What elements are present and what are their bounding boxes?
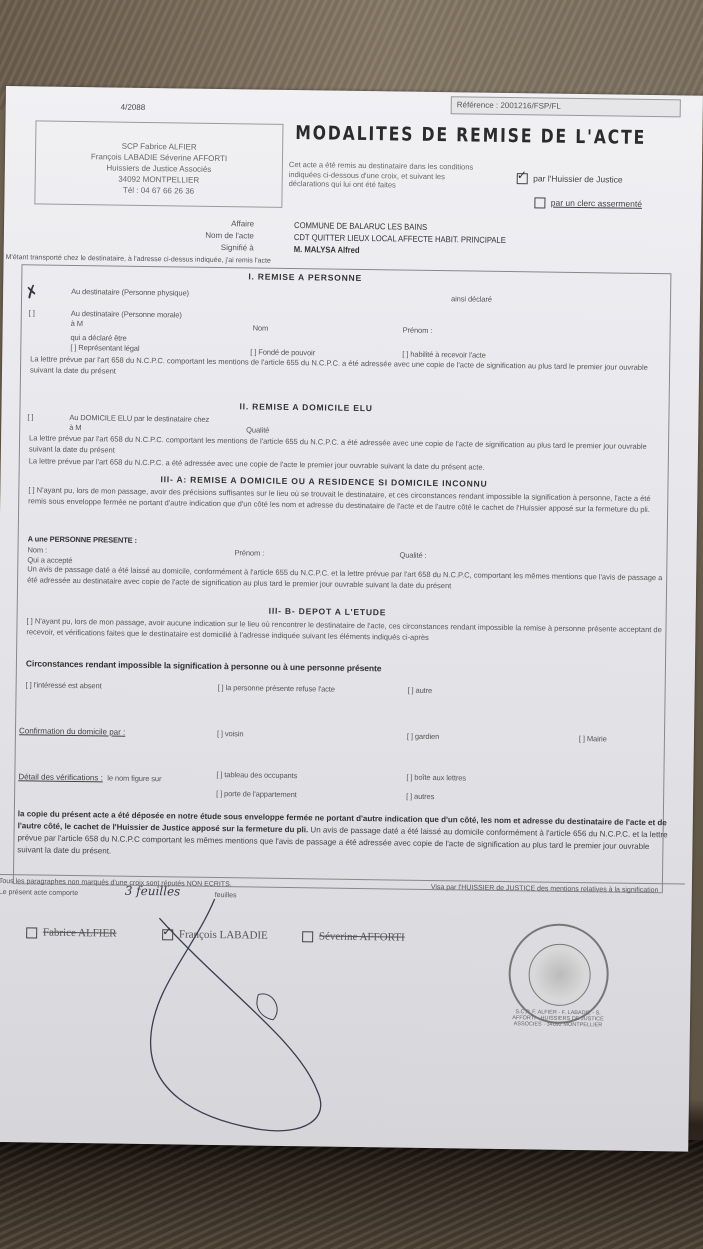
option-personne-morale[interactable]: Au destinataire (Personne morale) xyxy=(71,309,182,320)
verif-autres[interactable]: [ ] autres xyxy=(406,792,434,801)
option-label: voisin xyxy=(225,729,244,738)
checkbox-icon[interactable] xyxy=(26,927,37,938)
option-domicile-elu[interactable]: Au DOMICILE ELU par le destinataire chez xyxy=(69,413,209,424)
checkbox-personne-morale[interactable]: [ ] xyxy=(29,308,35,317)
qualite-label: Qualité xyxy=(246,425,269,434)
choice-label: Fondé de pouvoir xyxy=(258,348,315,358)
verification-label: Détail des vérifications : xyxy=(18,772,103,782)
method-label: par l'Huissier de Justice xyxy=(533,173,623,184)
affaire-value: COMMUNE DE BALARUC LES BAINS xyxy=(294,220,427,232)
ainsi-declare: ainsi déclaré xyxy=(451,294,492,304)
checkbox-checked-icon[interactable] xyxy=(517,173,528,184)
stamp-text: S.C.P. F. ALFIER - F. LABADIE - S. AFFOR… xyxy=(510,1009,606,1028)
option-label: Mairie xyxy=(587,734,607,743)
method-huissier[interactable]: par l'Huissier de Justice xyxy=(517,173,623,186)
acte-value: CDT QUITTER LIEUX LOCAL AFFECTE HABIT. P… xyxy=(294,232,506,245)
pages-label: Le présent acte comporte xyxy=(0,889,78,897)
confirm-gardien[interactable]: [ ] gardien xyxy=(407,732,439,741)
choice-fonde[interactable]: [ ] Fondé de pouvoir xyxy=(250,347,315,357)
choice-habilite[interactable]: [ ] habilité à recevoir l'acte xyxy=(402,350,486,360)
nom-label: Nom : xyxy=(27,545,47,554)
circ-autre[interactable]: [ ] autre xyxy=(408,686,433,695)
signifie-value: M. MALYSA Alfred xyxy=(294,244,360,255)
verif-tableau[interactable]: [ ] tableau des occupants xyxy=(216,770,297,780)
bailiff-office-box: SCP Fabrice ALFIER François LABADIE Séve… xyxy=(34,120,283,207)
am-label: à M xyxy=(71,319,83,328)
section-2-title: II. REMISE A DOMICILE ELU xyxy=(239,401,372,413)
method-clerc[interactable]: par un clerc assermenté xyxy=(534,197,642,210)
prenom-label: Prénom : xyxy=(234,548,264,557)
method-label: par un clerc assermenté xyxy=(551,198,642,209)
option-label: porte de l'appartement xyxy=(224,789,297,799)
choice-label: Représentant légal xyxy=(78,343,139,353)
circ-label: autre xyxy=(415,686,432,695)
option-personne-physique[interactable]: Au destinataire (Personne physique) xyxy=(71,287,189,298)
circ-label: la personne présente refuse l'acte xyxy=(225,683,334,694)
office-line: Tél : 04 67 66 26 36 xyxy=(35,183,281,197)
intro-text: Cet acte a été remis au destinataire dan… xyxy=(289,160,479,191)
form-code: 4/2088 xyxy=(121,103,146,112)
acte-label: Nom de l'acte xyxy=(154,230,254,240)
verification-sub: le nom figure sur xyxy=(107,773,161,783)
nom-label: Nom xyxy=(253,323,269,332)
reference-label: Référence : xyxy=(457,100,498,110)
confirmation-label: Confirmation du domicile par : xyxy=(19,726,125,736)
stamp-emblem-icon xyxy=(528,943,591,1006)
circ-label: l'intéressé est absent xyxy=(34,680,102,690)
verification-row: Détail des vérifications : le nom figure… xyxy=(18,766,161,786)
signatory-name: Fabrice ALFIER xyxy=(43,927,117,940)
option-label: autres xyxy=(414,792,434,801)
choice-label: habilité à recevoir l'acte xyxy=(410,350,486,360)
option-label: gardien xyxy=(415,732,439,741)
confirm-voisin[interactable]: [ ] voisin xyxy=(217,729,244,738)
reference-box: Référence : 2001216/FSP/FL xyxy=(451,96,681,117)
verif-porte[interactable]: [ ] porte de l'appartement xyxy=(216,789,297,799)
qualite-label: Qualité : xyxy=(399,551,426,560)
choice-representant[interactable]: [ ] Représentant légal xyxy=(70,343,139,353)
transport-note: M'étant transporté chez le destinataire,… xyxy=(6,254,271,265)
document-page: 4/2088 Référence : 2001216/FSP/FL SCP Fa… xyxy=(0,86,703,1152)
verif-boite[interactable]: [ ] boîte aux lettres xyxy=(406,773,466,783)
signifie-label: Signifié à xyxy=(154,242,254,252)
declared-label: qui a déclaré être xyxy=(70,333,126,343)
option-label: tableau des occupants xyxy=(224,770,297,780)
circ-absent[interactable]: [ ] l'intéressé est absent xyxy=(26,680,102,690)
prenom-label: Prénom : xyxy=(403,326,433,335)
confirm-mairie[interactable]: [ ] Mairie xyxy=(579,734,607,743)
document-title: MODALITES DE REMISE DE L'ACTE xyxy=(295,122,646,149)
am-label: à M xyxy=(69,423,81,432)
personne-presente-title: A une PERSONNE PRESENTE : xyxy=(28,534,137,545)
checkbox-icon[interactable] xyxy=(534,198,545,209)
reference-value: 2001216/FSP/FL xyxy=(500,101,561,111)
bailiff-stamp: S.C.P. F. ALFIER - F. LABADIE - S. AFFOR… xyxy=(508,923,609,1024)
deposit-paragraph: la copie du présent acte a été déposée e… xyxy=(17,808,668,865)
background-carpet-bottom xyxy=(0,1140,703,1249)
option-label: boîte aux lettres xyxy=(414,773,466,783)
handwritten-signature-icon xyxy=(111,888,375,1152)
circ-refuse[interactable]: [ ] la personne présente refuse l'acte xyxy=(218,683,335,694)
section-3b-title: III- B- DEPOT A L'ETUDE xyxy=(269,606,387,618)
affaire-label: Affaire xyxy=(154,218,254,228)
signatory-alfier[interactable]: Fabrice ALFIER xyxy=(26,926,117,939)
checkbox-domicile-elu[interactable]: [ ] xyxy=(27,412,33,421)
section-1-title: I. REMISE A PERSONNE xyxy=(248,271,362,283)
